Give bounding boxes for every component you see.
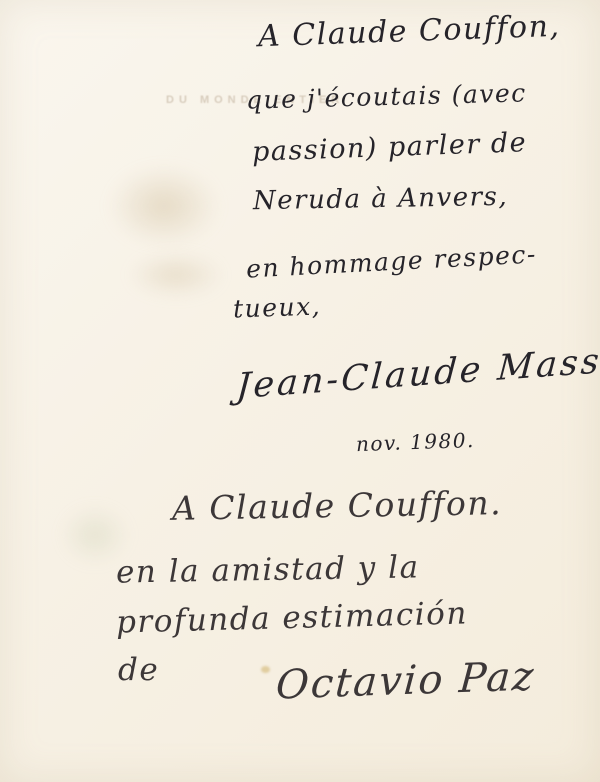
show-through-ghost (108, 165, 220, 247)
inscription-date: nov. 1980. (356, 428, 476, 456)
show-through-ghost (128, 252, 224, 298)
inscription-es-line-2: en la amistad y la (116, 549, 420, 590)
inscription-es-line-4: de (118, 652, 159, 688)
inscription-fr-line-4: Neruda à Anvers, (253, 182, 509, 216)
inscription-fr-line-5: en hommage respec- (245, 239, 537, 283)
inscription-es-line-1: A Claude Couffon. (172, 483, 503, 528)
inscription-fr-line-1: A Claude Couffon, (257, 9, 560, 55)
inscription-fr-line-3: passion) parler de (252, 127, 528, 168)
inscription-fr-line-6: tueux, (233, 291, 322, 323)
masson-signature: Jean-Claude Masson. (235, 337, 600, 407)
paz-signature: Octavio Paz (274, 653, 536, 708)
inscription-es-line-3: profunda estimación (116, 595, 469, 640)
inscription-fr-line-2: que j'écoutais (avec (246, 78, 527, 114)
book-page: DU MONDE ENTIER A Claude Couffon, que j'… (0, 0, 600, 782)
paper-speckle (261, 666, 270, 673)
